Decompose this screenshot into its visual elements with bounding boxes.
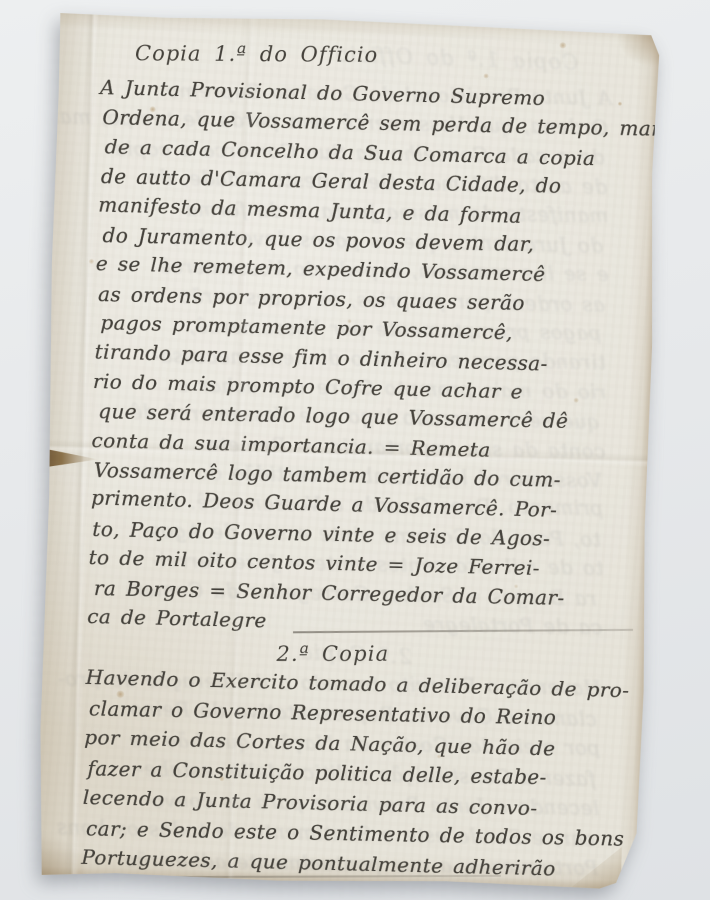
section1-heading: Copia 1.ª do Officio: [135, 41, 625, 68]
section2-lines: Havendo o Exercito tomado a deliberação …: [81, 662, 610, 885]
section1-lines: A Junta Provisional do Governo SupremoOr…: [87, 73, 624, 644]
foxing-spot: [654, 265, 660, 270]
manuscript-paper: Copia 1.ª do Officio A Junta Provisional…: [37, 13, 660, 889]
section2-heading: 2.ª Copia: [276, 642, 610, 667]
photo-backdrop: Copia 1.ª do Officio A Junta Provisional…: [0, 0, 710, 900]
paper-sheet: Copia 1.ª do Officio A Junta Provisional…: [37, 13, 660, 889]
manuscript-text: Copia 1.ª do Officio A Junta Provisional…: [37, 13, 660, 889]
